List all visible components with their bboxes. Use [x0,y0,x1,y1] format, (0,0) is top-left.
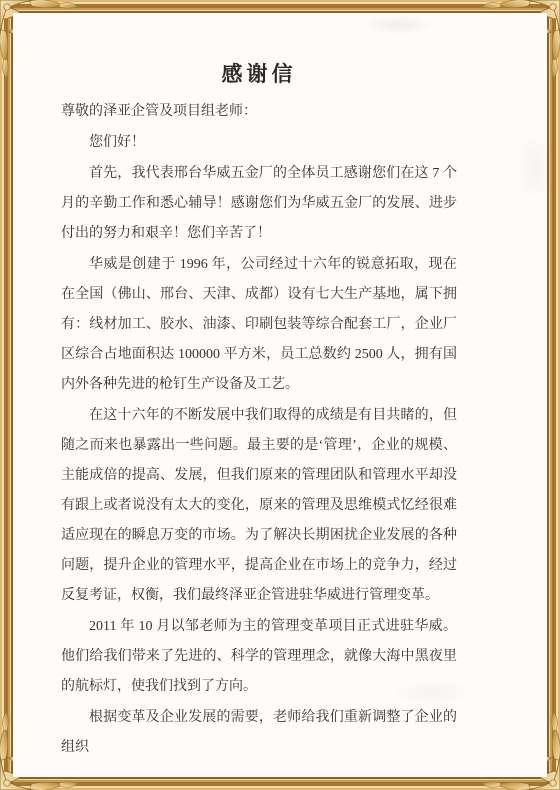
gold-frame: 感谢信 尊敬的泽亚企管及项目组老师： 您们好！ 首先，我代表邢台华威五金厂的全体… [0,0,560,790]
letter-paragraph-3: 在这十六年的不断发展中我们取得的成绩是有目共睹的，但随之而来也暴露出一些问题。最… [61,401,457,611]
letter-paragraph-5: 根据变革及企业发展的需要，老师给我们重新调整了企业的组织 [61,703,457,763]
letter-salutation: 尊敬的泽亚企管及项目组老师： [61,97,457,127]
letter-body: 感谢信 尊敬的泽亚企管及项目组老师： 您们好！ 首先，我代表邢台华威五金厂的全体… [13,13,547,763]
frame-edge-top [0,0,560,13]
letter-title: 感谢信 [61,58,457,88]
frame-edge-bottom [0,777,560,790]
letter-paragraph-4: 2011 年 10 月以邹老师为主的管理变革项目正式进驻华威。他们给我们带来了先… [61,612,457,702]
letter-page: 感谢信 尊敬的泽亚企管及项目组老师： 您们好！ 首先，我代表邢台华威五金厂的全体… [13,13,547,777]
letter-paragraph-2: 华威是创建于 1996 年，公司经过十六年的锐意拓取，现在在全国（佛山、邢台、天… [61,250,457,400]
frame-edge-right [547,0,560,790]
letter-greeting: 您们好！ [61,128,457,158]
frame-edge-left [0,0,13,790]
letter-paragraph-1: 首先，我代表邢台华威五金厂的全体员工感谢您们在这 7 个月的辛勤工作和悉心辅导！… [61,159,457,249]
